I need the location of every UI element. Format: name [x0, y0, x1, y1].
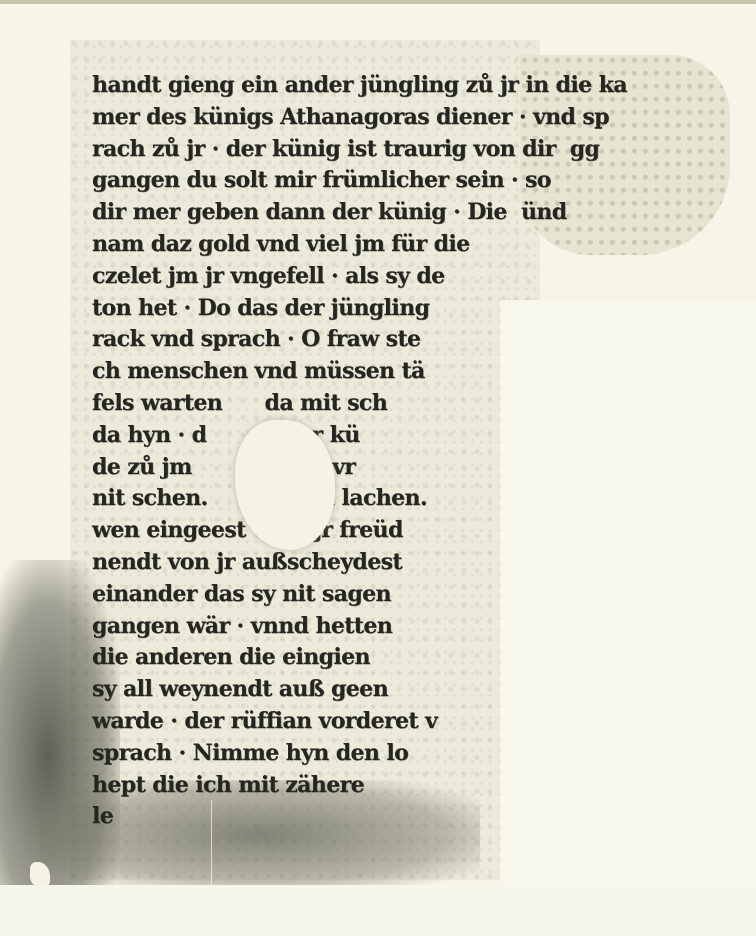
missing-area-bottom: [0, 885, 756, 936]
text-line-24: le: [92, 801, 732, 833]
text-line-12: da hyn · d e der kü: [92, 420, 732, 452]
text-line-11: fels warten da mit sch: [92, 388, 732, 420]
text-line-21: warde · der rüffian vorderet v: [92, 706, 732, 738]
manuscript-page: handt gieng ein ander jüngling zů jr in …: [0, 0, 756, 936]
text-line-2: mer des künigs Athanagoras diener · vnd …: [92, 102, 732, 134]
text-line-7: czelet jm jr vngefell · als sy de: [92, 261, 732, 293]
text-line-23: hept die ich mit zähere: [92, 770, 732, 802]
text-line-19: die anderen die eingien: [92, 642, 732, 674]
text-line-14: nit schen. das du lachen.: [92, 483, 732, 515]
text-line-18: gangen wär · vnnd hetten: [92, 611, 732, 643]
text-line-17: einander das sy nit sagen: [92, 579, 732, 611]
text-line-13: de zů jm jt jung vr: [92, 452, 732, 484]
text-line-5: dir mer geben dann der künig · Die ünd: [92, 197, 732, 229]
text-line-4: gangen du solt mir frümlicher sein · so: [92, 165, 732, 197]
text-line-1: handt gieng ein ander jüngling zů jr in …: [92, 70, 732, 102]
text-line-9: rack vnd sprach · O fraw ste: [92, 324, 732, 356]
text-line-8: ton het · Do das der jüngling: [92, 293, 732, 325]
text-line-20: sy all weynendt auß geen: [92, 674, 732, 706]
text-block: handt gieng ein ander jüngling zů jr in …: [92, 70, 732, 833]
text-line-22: sprach · Nimme hyn den lo: [92, 738, 732, 770]
text-line-16: nendt von jr außscheydest: [92, 547, 732, 579]
text-line-6: nam daz gold vnd viel jm für die: [92, 229, 732, 261]
text-line-10: ch menschen vnd müssen tä: [92, 356, 732, 388]
text-line-3: rach zů jr · der künig ist traurig von d…: [92, 134, 732, 166]
page-top-edge: [0, 0, 756, 4]
text-line-15: wen eingeest · mit jr freüd: [92, 515, 732, 547]
